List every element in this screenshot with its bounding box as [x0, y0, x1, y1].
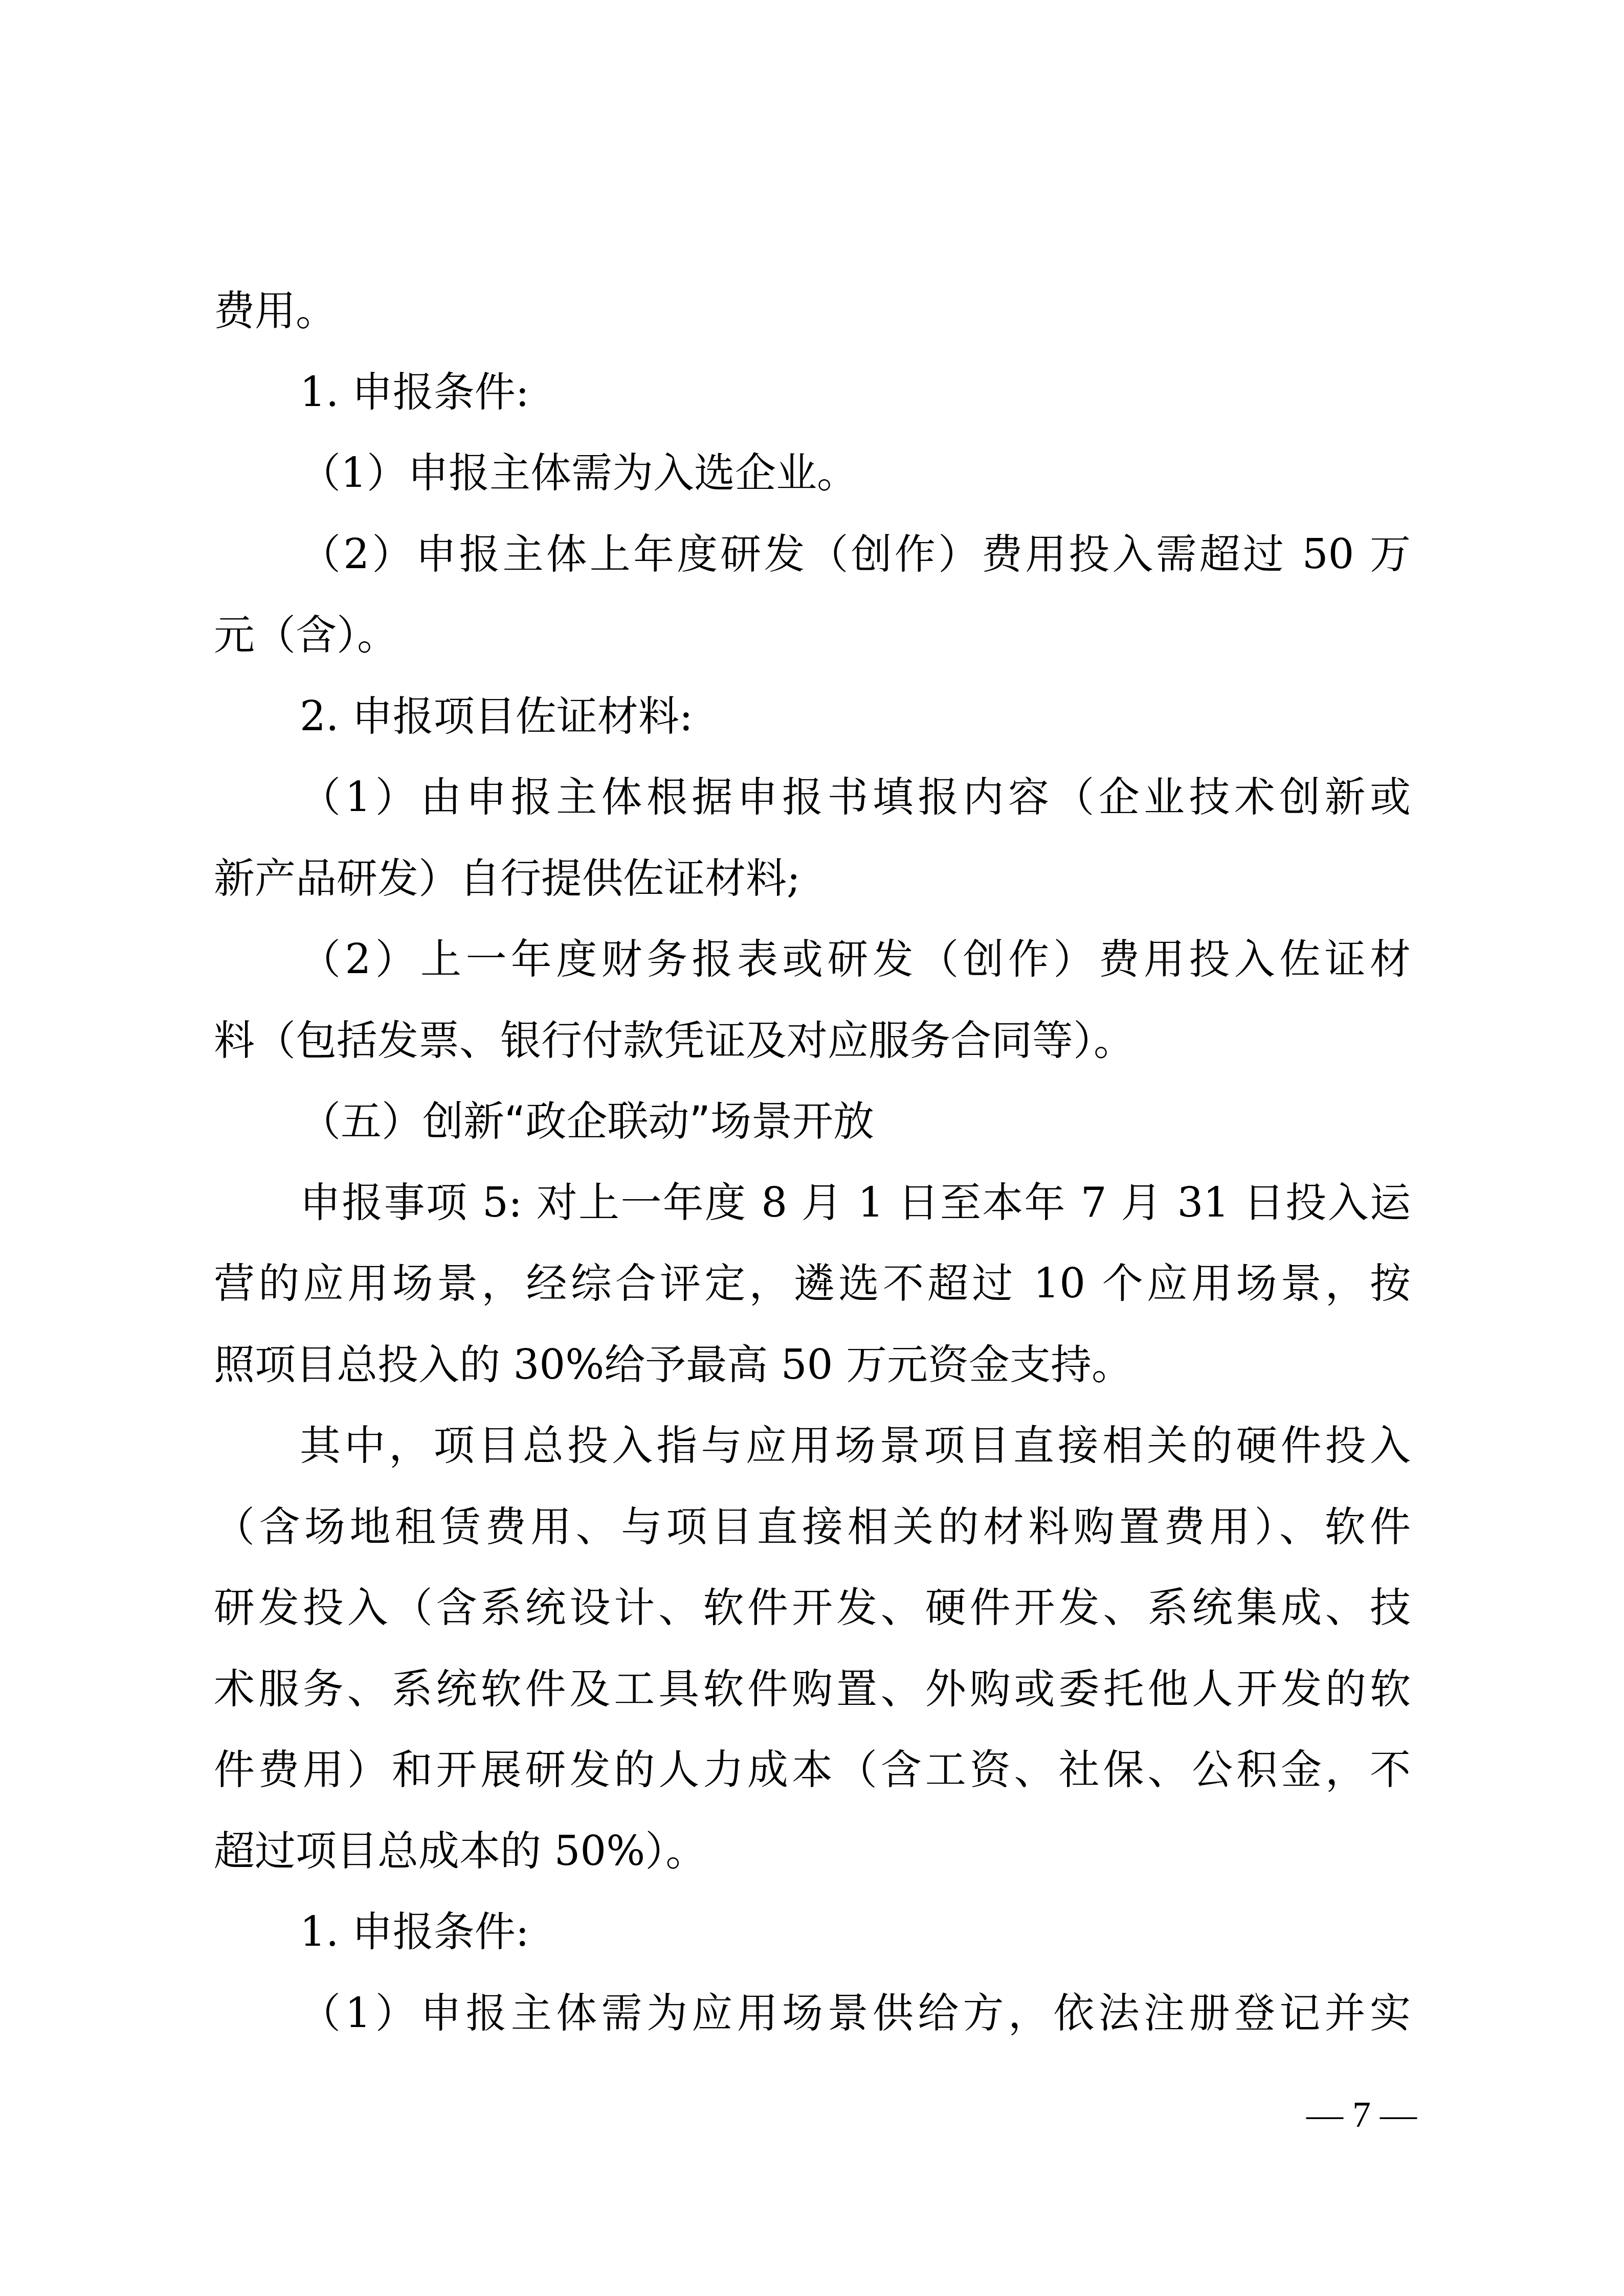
- body-line: 件费用）和开展研发的人力成本（含工资、社保、公积金，不: [214, 1744, 1411, 1795]
- body-line: 研发投入（含系统设计、软件开发、硬件开发、系统集成、技: [214, 1582, 1411, 1633]
- body-line: 新产品研发）自行提供佐证材料;: [214, 853, 1411, 904]
- body-line: 1. 申报条件:: [300, 1906, 1411, 1957]
- body-line: （1）申报主体需为应用场景供给方，依法注册登记并实: [300, 1988, 1411, 2039]
- body-line: （2）申报主体上年度研发（创作）费用投入需超过 50 万: [300, 529, 1411, 580]
- page-number: — 7 —: [1279, 2091, 1417, 2137]
- body-line: （2）上一年度财务报表或研发（创作）费用投入佐证材: [300, 934, 1411, 985]
- body-line: 超过项目总成本的 50%）。: [214, 1826, 1411, 1877]
- body-line: 元（含）。: [214, 610, 1411, 661]
- body-line: 费用。: [214, 285, 1411, 336]
- body-line: 料（包括发票、银行付款凭证及对应服务合同等）。: [214, 1015, 1411, 1066]
- body-line: （含场地租赁费用、与项目直接相关的材料购置费用）、软件: [214, 1501, 1411, 1552]
- body-line: 申报事项 5: 对上一年度 8 月 1 日至本年 7 月 31 日投入运: [300, 1177, 1411, 1228]
- document-page: 费用。 1. 申报条件: （1）申报主体需为入选企业。 （2）申报主体上年度研发…: [0, 0, 1624, 2296]
- body-line: 1. 申报条件:: [300, 367, 1411, 418]
- body-line: 术服务、系统软件及工具软件购置、外购或委托他人开发的软: [214, 1663, 1411, 1715]
- body-line: （1）申报主体需为入选企业。: [300, 447, 1411, 499]
- body-line: 2. 申报项目佐证材料:: [300, 691, 1411, 742]
- body-line: （1）由申报主体根据申报书填报内容（企业技术创新或: [300, 772, 1411, 823]
- section-heading: （五）创新“政企联动”场景开放: [300, 1096, 1411, 1147]
- body-line: 照项目总投入的 30%给予最高 50 万元资金支持。: [214, 1339, 1411, 1390]
- body-line: 其中，项目总投入指与应用场景项目直接相关的硬件投入: [300, 1420, 1411, 1471]
- body-line: 营的应用场景，经综合评定，遴选不超过 10 个应用场景，按: [214, 1258, 1411, 1309]
